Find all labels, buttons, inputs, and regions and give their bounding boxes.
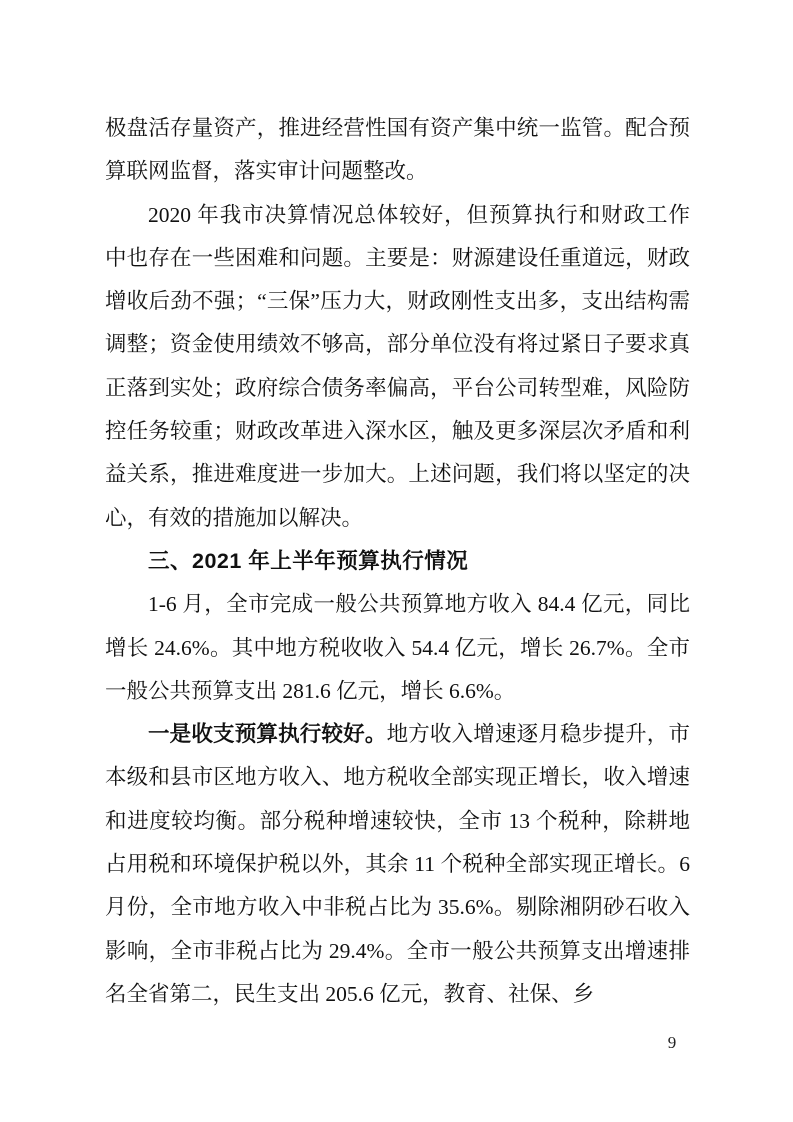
section-heading-2021-budget-execution: 三、2021 年上半年预算执行情况 [105,540,690,583]
page-number: 9 [660,1032,684,1054]
paragraph-point1-revenue-expenditure: 一是收支预算执行较好。地方收入增速逐月稳步提升，市本级和县市区地方收入、地方税收… [105,713,690,1016]
body-text-block: 极盘活存量资产，推进经营性国有资产集中统一监管。配合预算联网监督，落实审计问题整… [105,107,690,1016]
document-page: 极盘活存量资产，推进经营性国有资产集中统一监管。配合预算联网监督，落实审计问题整… [0,0,793,1122]
paragraph-point1-lead-bold: 一是收支预算执行较好。 [148,722,387,746]
paragraph-asset-supervision-continued: 极盘活存量资产，推进经营性国有资产集中统一监管。配合预算联网监督，落实审计问题整… [105,107,690,194]
paragraph-2020-review-problems: 2020 年我市决算情况总体较好，但预算执行和财政工作中也存在一些困难和问题。主… [105,194,690,540]
paragraph-h1-budget-summary: 1-6 月，全市完成一般公共预算地方收入 84.4 亿元，同比增长 24.6%。… [105,583,690,713]
paragraph-point1-body-text: 地方收入增速逐月稳步提升，市本级和县市区地方收入、地方税收全部实现正增长，收入增… [105,722,690,1006]
